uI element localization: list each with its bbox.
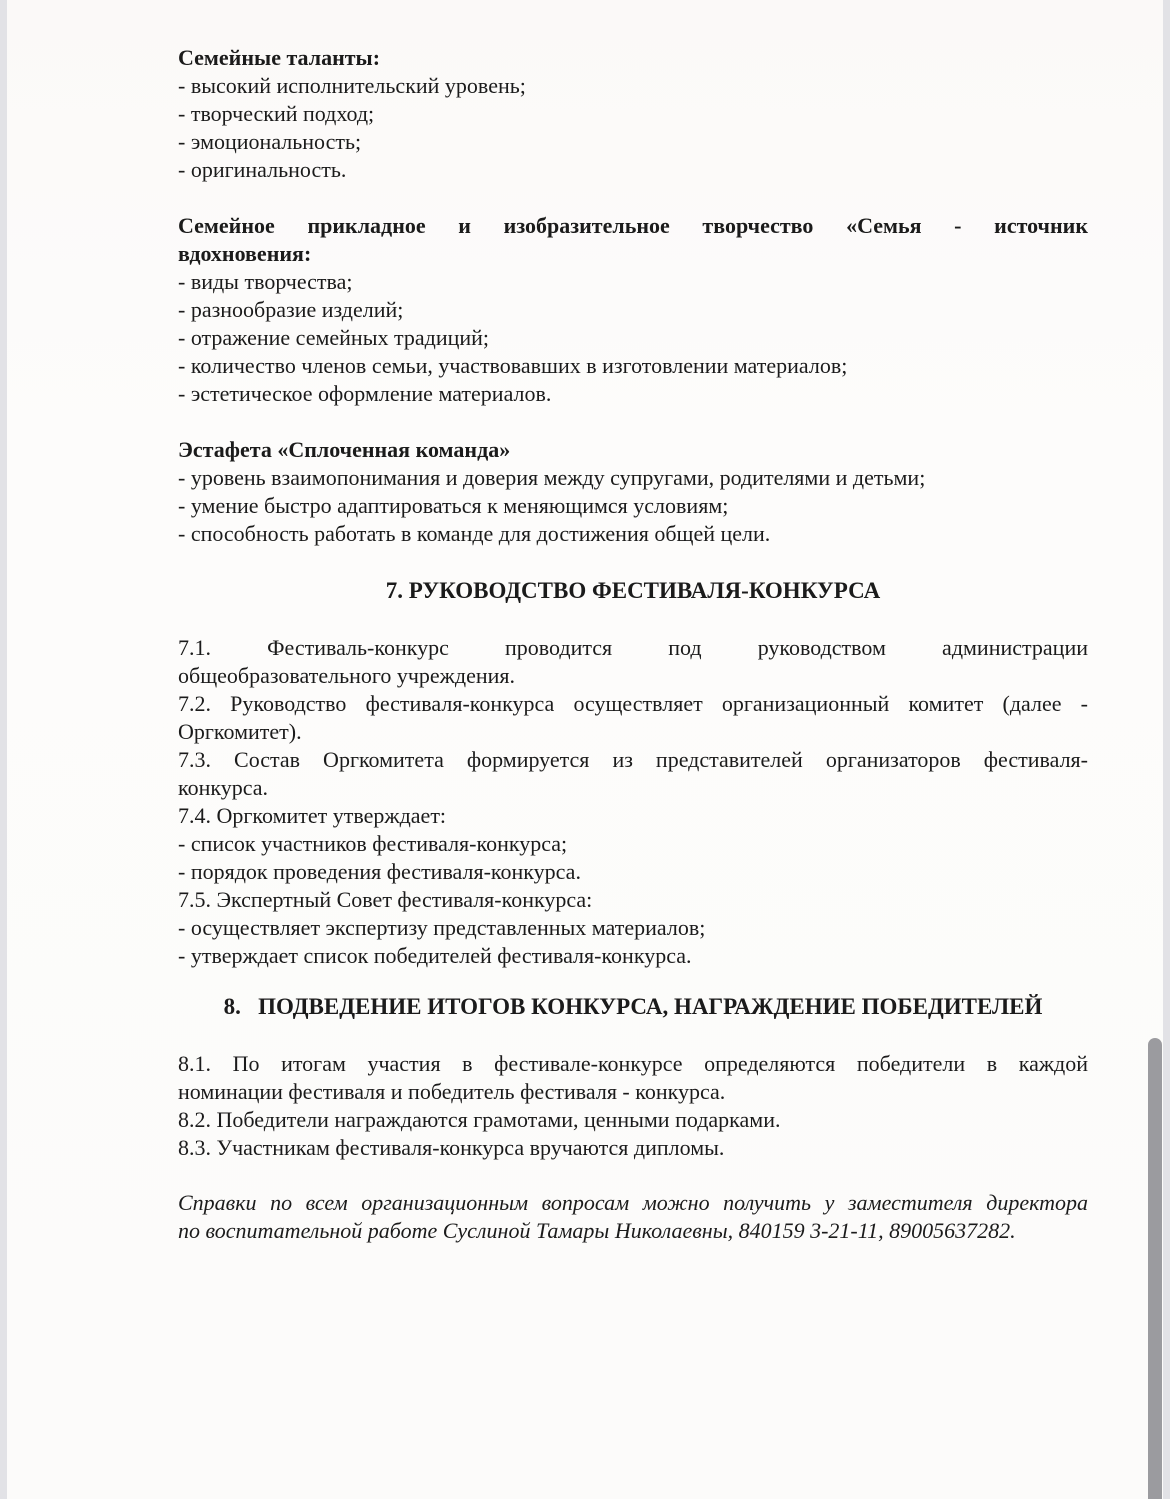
paragraph-line: - осуществляет экспертизу представленных… — [178, 914, 1088, 942]
criteria-item: - уровень взаимопонимания и доверия межд… — [178, 464, 1088, 492]
criteria-block: Семейные таланты:- высокий исполнительск… — [178, 44, 1088, 184]
criteria-title-line: Семейное прикладное и изобразительное тв… — [178, 212, 1088, 240]
criteria-item: - высокий исполнительский уровень; — [178, 72, 1088, 100]
paragraph-line: Оргкомитет). — [178, 718, 1088, 746]
note-line: по воспитательной работе Суслиной Тамары… — [178, 1217, 1088, 1245]
criteria-title-line: Эстафета «Сплоченная команда» — [178, 436, 1088, 464]
criteria-item: - умение быстро адаптироваться к меняющи… — [178, 492, 1088, 520]
paragraph-line: 8.3. Участникам фестиваля-конкурса вруча… — [178, 1134, 1088, 1162]
criteria-title-line: Семейные таланты: — [178, 44, 1088, 72]
paragraph-line: - порядок проведения фестиваля-конкурса. — [178, 858, 1088, 886]
scrollbar-thumb[interactable] — [1148, 1038, 1162, 1499]
criteria-item: - количество членов семьи, участвовавших… — [178, 352, 1088, 380]
criteria-item: - эмоциональность; — [178, 128, 1088, 156]
criteria-block: Семейное прикладное и изобразительное тв… — [178, 212, 1088, 408]
paragraph-line: общеобразовательного учреждения. — [178, 662, 1088, 690]
paragraph-line: 7.1. Фестиваль-конкурс проводится под ру… — [178, 634, 1088, 662]
paragraph-line: 7.2. Руководство фестиваля-конкурса осущ… — [178, 690, 1088, 718]
paragraph-line: - утверждает список победителей фестивал… — [178, 942, 1088, 970]
criteria-item: - виды творчества; — [178, 268, 1088, 296]
criteria-item: - эстетическое оформление материалов. — [178, 380, 1088, 408]
criteria-item: - оригинальность. — [178, 156, 1088, 184]
note-line: Справки по всем организационным вопросам… — [178, 1189, 1088, 1217]
criteria-item: - разнообразие изделий; — [178, 296, 1088, 324]
scan-edge-right — [1163, 0, 1170, 1499]
document-content: Семейные таланты:- высокий исполнительск… — [178, 44, 1088, 1245]
criteria-item: - творческий подход; — [178, 100, 1088, 128]
criteria-title-line: вдохновения: — [178, 240, 1088, 268]
paragraph-line: 8.2. Победители награждаются грамотами, … — [178, 1106, 1088, 1134]
criteria-item: - отражение семейных традиций; — [178, 324, 1088, 352]
criteria-item: - способность работать в команде для дос… — [178, 520, 1088, 548]
paragraph-line: 7.3. Состав Оргкомитета формируется из п… — [178, 746, 1088, 774]
paragraph-line: номинации фестиваля и победитель фестива… — [178, 1078, 1088, 1106]
paragraph-line: 8.1. По итогам участия в фестивале-конку… — [178, 1050, 1088, 1078]
paragraph-line: конкурса. — [178, 774, 1088, 802]
paragraph-line: - список участников фестиваля-конкурса; — [178, 830, 1088, 858]
contact-note: Справки по всем организационным вопросам… — [178, 1189, 1088, 1245]
paragraph-line: 7.5. Экспертный Совет фестиваля-конкурса… — [178, 886, 1088, 914]
paragraph-block: 7.1. Фестиваль-конкурс проводится под ру… — [178, 634, 1088, 970]
criteria-block: Эстафета «Сплоченная команда»- уровень в… — [178, 436, 1088, 548]
section-heading: 7. РУКОВОДСТВО ФЕСТИВАЛЯ-КОНКУРСА — [178, 576, 1088, 606]
paragraph-line: 7.4. Оргкомитет утверждает: — [178, 802, 1088, 830]
scan-edge-left — [0, 0, 7, 1499]
paragraph-block: 8.1. По итогам участия в фестивале-конку… — [178, 1050, 1088, 1162]
scanned-document-page: Семейные таланты:- высокий исполнительск… — [0, 0, 1170, 1499]
section-heading: 8. ПОДВЕДЕНИЕ ИТОГОВ КОНКУРСА, НАГРАЖДЕН… — [178, 992, 1088, 1022]
